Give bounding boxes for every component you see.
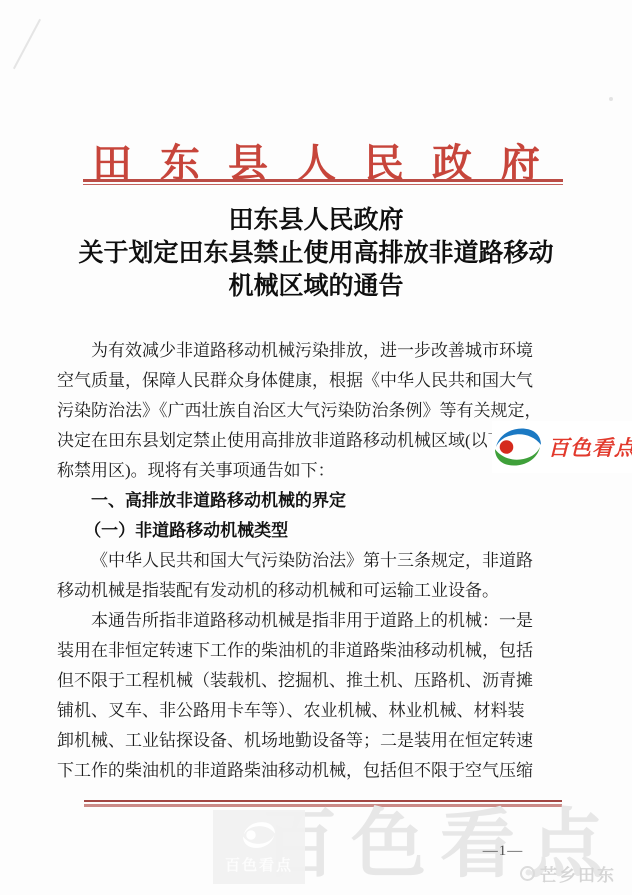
subsection-heading: （一）非道路移动机械类型: [57, 516, 539, 546]
letterhead-double-rule: [83, 179, 563, 185]
baise-kandian-logo-text: 百色看点: [548, 432, 632, 462]
section-heading: 一、高排放非道路移动机械的界定: [57, 486, 539, 516]
account-watermark: 芒乡田东: [520, 861, 616, 886]
body-line: 移动机械是指装配有发动机的移动机械和可运输工业设备。: [57, 576, 539, 606]
body-line: 本通告所指非道路移动机械是指非用于道路上的机械：一是: [57, 606, 539, 636]
body-line: 装用在非恒定转速下工作的柴油机的非道路柴油移动机械，包括: [57, 636, 539, 666]
document-body: 为有效减少非道路移动机械污染排放，进一步改善城市环境 空气质量，保障人民群众身体…: [57, 336, 539, 786]
body-line: 铺机、叉车、非公路用卡车等）、农业机械、林业机械、材料装: [57, 696, 539, 726]
body-line: 《中华人民共和国大气污染防治法》第十三条规定，非道路: [57, 546, 539, 576]
bottom-watermark-logo-label: 百色看点: [225, 854, 293, 875]
scanned-notice-page: 田东县人民政府 田东县人民政府 关于划定田东县禁止使用高排放非道路移动 机械区域…: [0, 0, 632, 895]
body-line: 称禁用区)。现将有关事项通告如下：: [57, 456, 539, 486]
body-line: 空气质量，保障人民群众身体健康，根据《中华人民共和国大气: [57, 366, 539, 396]
document-title: 田东县人民政府 关于划定田东县禁止使用高排放非道路移动 机械区域的通告: [0, 204, 632, 303]
baise-kandian-swirl-icon-white: [236, 819, 282, 851]
scan-artifact-scratch: [13, 19, 41, 69]
body-line: 但不限于工程机械（装载机、挖掘机、推土机、压路机、沥青摊: [57, 666, 539, 696]
account-badge-icon: [520, 866, 535, 881]
page-number: —1—: [468, 843, 538, 860]
body-line: 决定在田东县划定禁止使用高排放非道路移动机械区域(以下简: [57, 426, 539, 456]
title-line-3: 机械区域的通告: [0, 270, 632, 303]
title-line-1: 田东县人民政府: [0, 204, 632, 237]
body-line: 污染防治法》《广西壮族自治区大气污染防治条例》等有关规定，: [57, 396, 539, 426]
account-name-text: 芒乡田东: [540, 861, 616, 886]
body-line: 卸机械、工业钻探设备、机场地勤设备等；二是装用在恒定转速: [57, 726, 539, 756]
body-line: 下工作的柴油机的非道路柴油移动机械，包括但不限于空气压缩: [57, 756, 539, 786]
baise-kandian-logo-watermark: 百色看点: [492, 421, 632, 473]
title-line-2: 关于划定田东县禁止使用高排放非道路移动: [0, 237, 632, 270]
bottom-watermark-logo-box: 百色看点: [213, 810, 305, 884]
baise-kandian-swirl-icon: [492, 424, 544, 470]
scan-artifact-speck: [609, 97, 613, 101]
body-line: 为有效减少非道路移动机械污染排放，进一步改善城市环境: [57, 336, 539, 366]
